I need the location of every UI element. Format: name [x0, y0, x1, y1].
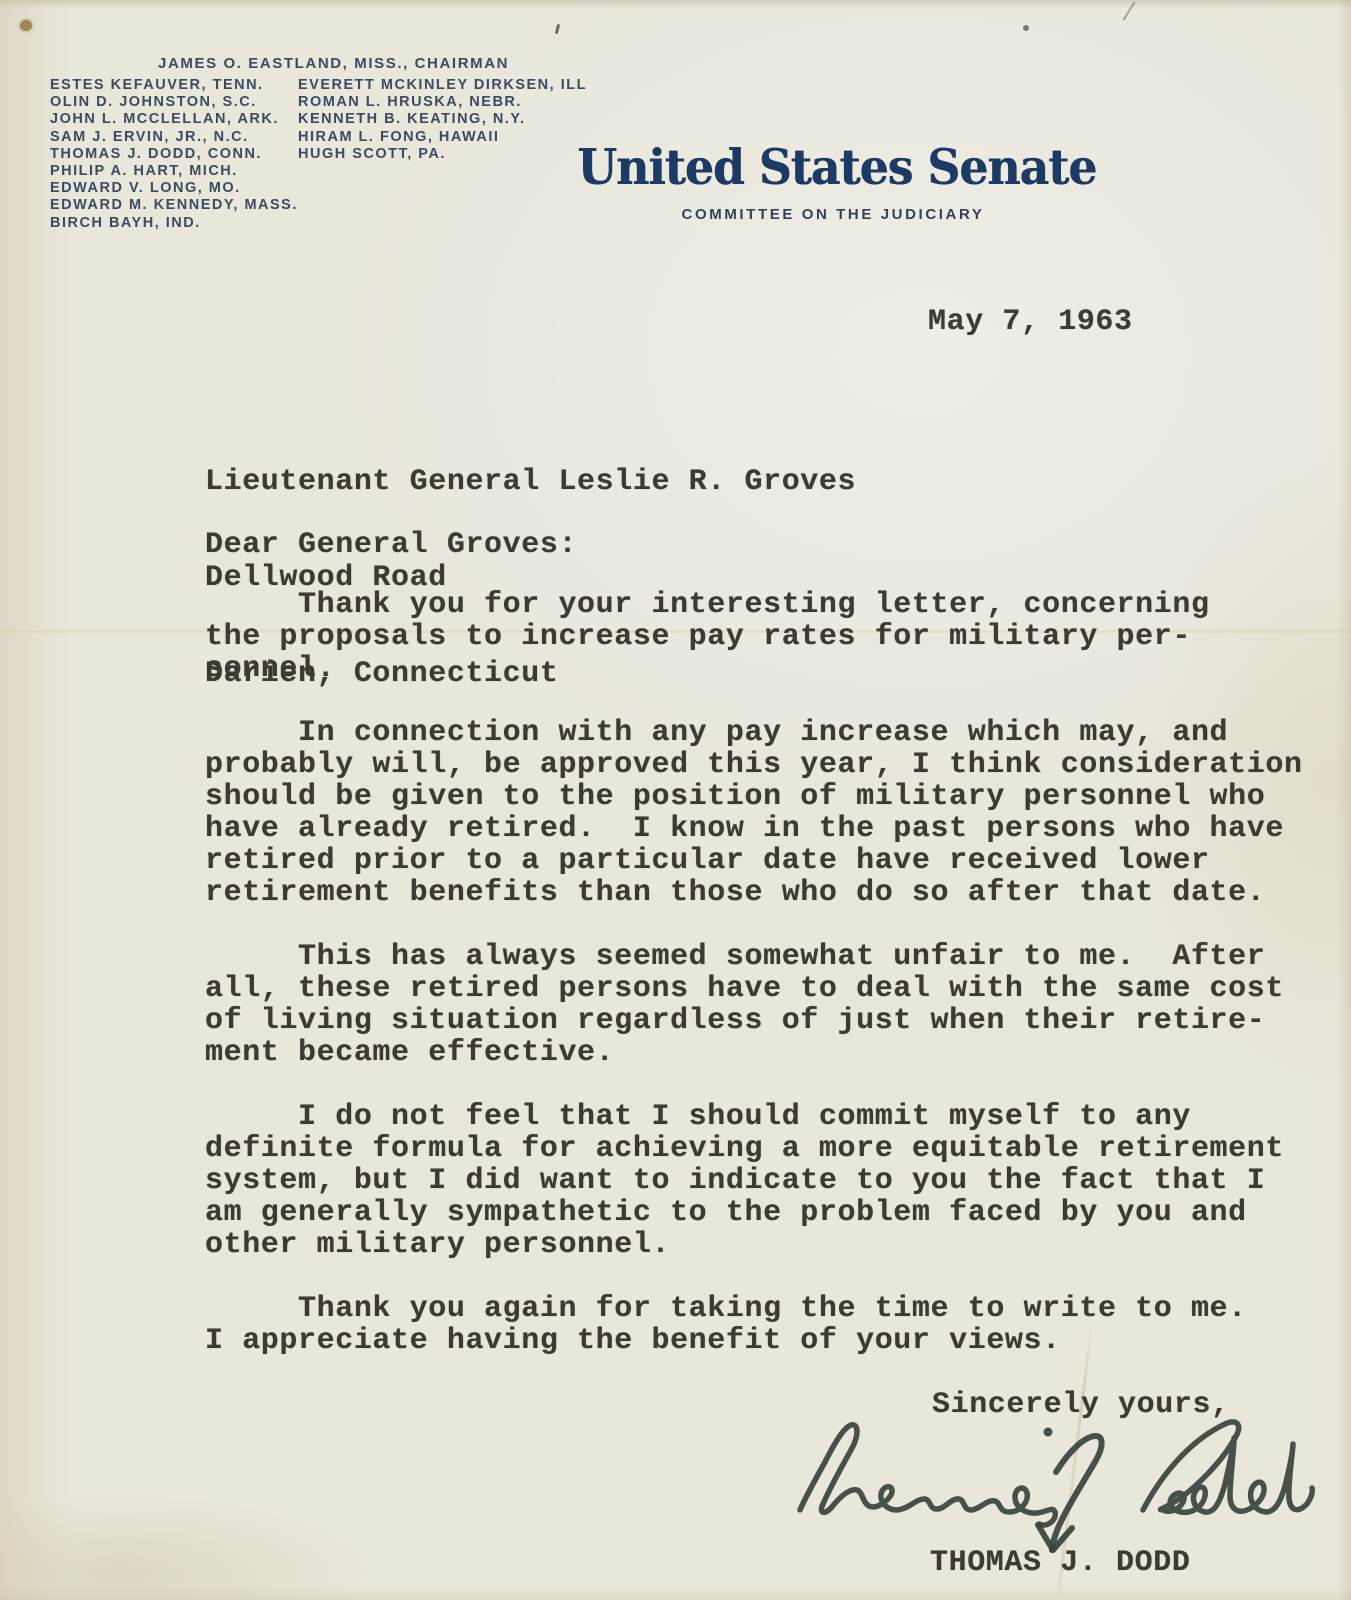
letterhead-members-left-column: ESTES KEFAUVER, TENN. OLIN D. JOHNSTON, …	[50, 77, 298, 232]
senate-title: United States Senate	[577, 141, 1089, 193]
letterhead-members-right-column: EVERETT MCKINLEY DIRKSEN, ILL ROMAN L. H…	[298, 77, 587, 163]
letterhead-member: KENNETH B. KEATING, N.Y.	[298, 111, 587, 128]
body-paragraph-3: This has always seemed somewhat unfair t…	[205, 941, 1284, 1069]
paper-mark	[555, 24, 560, 34]
body-paragraph-1: Thank you for your interesting letter, c…	[205, 589, 1210, 685]
letterhead-member: ROMAN L. HRUSKA, NEBR.	[298, 94, 587, 111]
recipient-address: Lieutenant General Leslie R. Groves Dell…	[205, 402, 856, 754]
letterhead-member: BIRCH BAYH, IND.	[50, 215, 298, 232]
body-paragraph-5: Thank you again for taking the time to w…	[205, 1293, 1247, 1357]
letter-date: May 7, 1963	[928, 306, 1133, 338]
salutation: Dear General Groves:	[205, 529, 577, 561]
letterhead-member: HUGH SCOTT, PA.	[298, 146, 587, 163]
letterhead-member: EVERETT MCKINLEY DIRKSEN, ILL	[298, 77, 587, 94]
letterhead-member: JOHN L. MCCLELLAN, ARK.	[50, 111, 298, 128]
recipient-line: Lieutenant General Leslie R. Groves	[205, 466, 856, 498]
paper-stain-dot	[20, 20, 32, 31]
paper-speck	[1023, 25, 1029, 31]
letterhead-member: OLIN D. JOHNSTON, S.C.	[50, 94, 298, 111]
letterhead-chairman: JAMES O. EASTLAND, MISS., CHAIRMAN	[158, 55, 509, 72]
signature-thomas-j-dodd	[775, 1398, 1315, 1568]
paper-scratch	[1122, 1, 1135, 21]
letterhead-member: ESTES KEFAUVER, TENN.	[50, 77, 298, 94]
body-paragraph-4: I do not feel that I should commit mysel…	[205, 1101, 1284, 1261]
committee-subtitle: COMMITTEE ON THE JUDICIARY	[558, 206, 1108, 223]
letterhead-member: SAM J. ERVIN, JR., N.C.	[50, 129, 298, 146]
letterhead-member: EDWARD M. KENNEDY, MASS.	[50, 197, 298, 214]
body-paragraph-2: In connection with any pay increase whic…	[205, 717, 1303, 909]
letterhead-member: PHILIP A. HART, MICH.	[50, 163, 298, 180]
letterhead-member: HIRAM L. FONG, HAWAII	[298, 129, 587, 146]
letterhead-member: EDWARD V. LONG, MO.	[50, 180, 298, 197]
typed-signature-name: THOMAS J. DODD	[930, 1547, 1190, 1579]
letterhead-member: THOMAS J. DODD, CONN.	[50, 146, 298, 163]
letter-page: JAMES O. EASTLAND, MISS., CHAIRMAN ESTES…	[0, 0, 1351, 1600]
